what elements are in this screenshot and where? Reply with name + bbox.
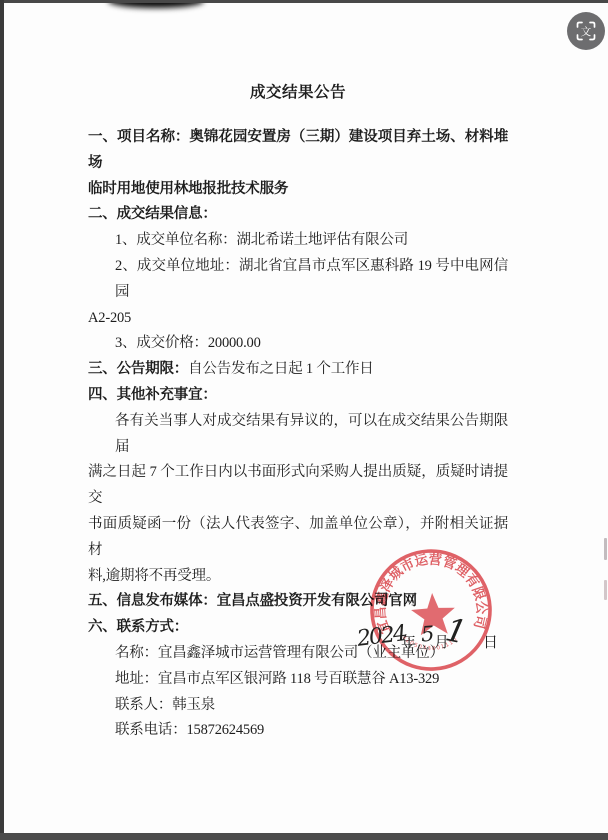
doc-line: 2、成交单位地址：湖北省宜昌市点军区惠科路 19 号中电网信园: [88, 254, 508, 306]
doc-text: 二、成交结果信息：: [88, 206, 217, 222]
doc-text: 六、联系方式：: [88, 619, 188, 635]
seal-serial-number: 4205043001110: [400, 632, 460, 654]
doc-text: 五、信息发布媒体：: [88, 593, 217, 609]
doc-text: 联系人：韩玉泉: [115, 697, 215, 713]
doc-line: 三、公告期限：自公告发布之日起 1 个工作日: [88, 357, 508, 383]
doc-line: 满之日起 7 个工作日内以书面形式向采购人提出质疑，质疑时请提交: [88, 460, 508, 512]
doc-text: 1、成交单位名称：湖北希诺土地评估有限公司: [115, 232, 408, 248]
doc-line: 二、成交结果信息：: [88, 202, 508, 228]
doc-text: 料,逾期将不再受理。: [88, 568, 220, 584]
doc-line: 联系人：韩玉泉: [88, 693, 508, 719]
doc-text: 各有关当事人对成交结果有异议的，可以在成交结果公告期限届: [115, 413, 508, 455]
extract-text-icon: 文: [575, 20, 597, 42]
seal-star-icon: [410, 592, 456, 636]
doc-text: 3、成交价格：20000.00: [115, 335, 261, 351]
photo-edge-left: [0, 0, 4, 840]
photo-edge-bottom: [0, 833, 608, 840]
photo-viewer: 成交结果公告 一、项目名称：奥锦花园安置房（三期）建设项目弃土场、材料堆场临时用…: [0, 0, 608, 840]
doc-text: 一、项目名称：奥锦花园安置房（三期）建设项目弃土场、材料堆场: [88, 129, 508, 171]
doc-text: 2、成交单位地址：湖北省宜昌市点军区惠科路 19 号中电网信园: [115, 258, 508, 300]
doc-line: A2-205: [88, 306, 508, 332]
ocr-button[interactable]: 文: [567, 12, 605, 50]
scan-artifact: [604, 538, 607, 560]
doc-line: 四、其他补充事宜：: [88, 383, 508, 409]
photo-edge-top: [0, 0, 608, 3]
doc-line: 1、成交单位名称：湖北希诺土地评估有限公司: [88, 228, 508, 254]
doc-text: 满之日起 7 个工作日内以书面形式向采购人提出质疑，质疑时请提交: [88, 464, 508, 506]
doc-line: 联系电话：15872624569: [88, 718, 508, 744]
doc-text: 联系电话：15872624569: [115, 722, 264, 738]
doc-text: A2-205: [88, 310, 131, 326]
doc-line: 3、成交价格：20000.00: [88, 331, 508, 357]
company-seal-stamp: 宜昌鑫泽城市运营管理有限公司 4205043001110: [358, 536, 505, 683]
doc-line: 临时用地使用林地报批技术服务: [88, 177, 508, 203]
document-title: 成交结果公告: [88, 82, 508, 104]
doc-line: 各有关当事人对成交结果有异议的，可以在成交结果公告期限届: [88, 409, 508, 461]
svg-text:文: 文: [581, 26, 592, 38]
doc-text: 自公告发布之日起 1 个工作日: [188, 361, 374, 377]
doc-text: 四、其他补充事宜：: [88, 387, 217, 403]
doc-text: 三、公告期限：: [88, 361, 188, 377]
doc-text: 临时用地使用林地报批技术服务: [88, 181, 288, 197]
doc-line: 一、项目名称：奥锦花园安置房（三期）建设项目弃土场、材料堆场: [88, 125, 508, 177]
scan-artifact: [604, 580, 607, 600]
